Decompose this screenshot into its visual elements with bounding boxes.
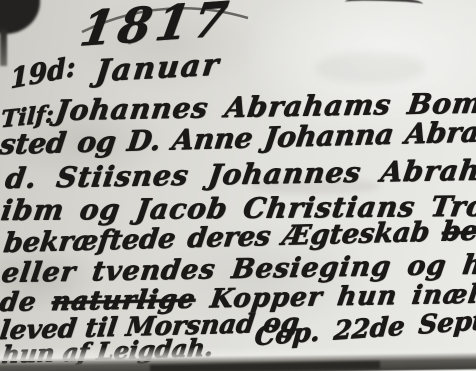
page-spine-stain xyxy=(0,26,7,66)
top-edge-pen-stroke xyxy=(345,0,423,10)
day-label: 19d: xyxy=(10,51,76,95)
record-line-7-pre: de xyxy=(0,287,54,318)
scanned-page: 1817 19d: Januar Tilf: Johannes Abrahams… xyxy=(0,0,476,371)
struck-word: bevis xyxy=(440,215,476,248)
bleed-through-smudge xyxy=(315,52,425,84)
month-label: Januar xyxy=(94,47,223,89)
